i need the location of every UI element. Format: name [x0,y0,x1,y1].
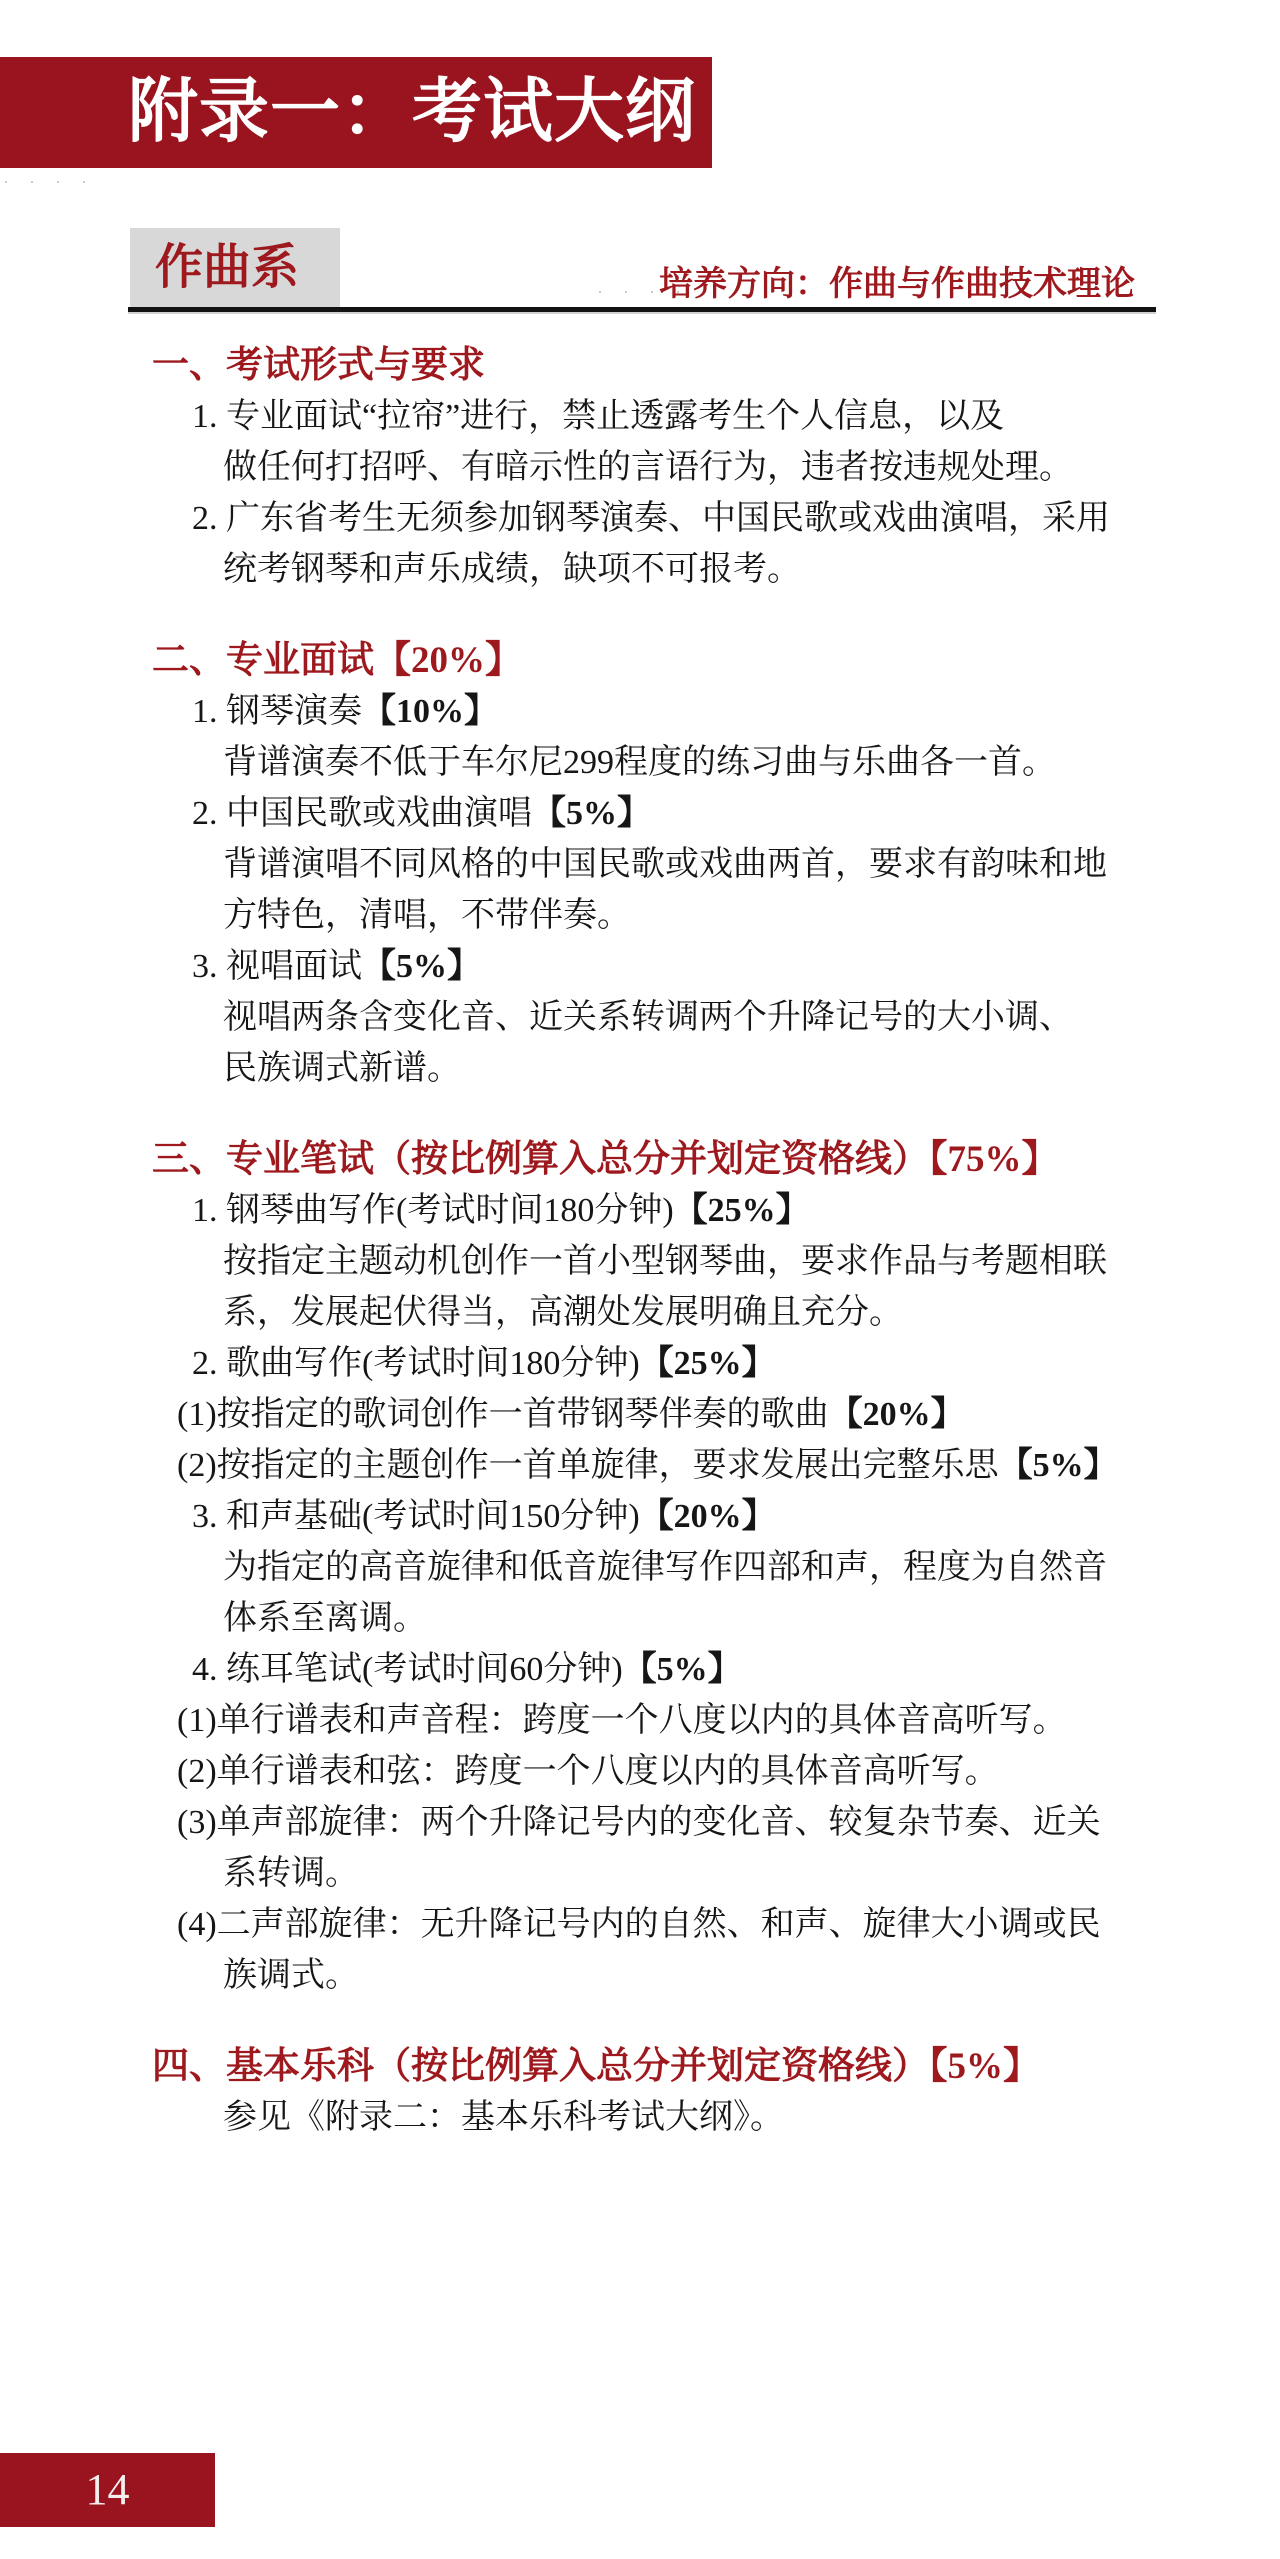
section-heading: 四、基本乐科（按比例算入总分并划定资格线）【5%】 [0,2041,1280,2092]
text-line: 2. 广东省考生无须参加钢琴演奏、中国民歌或戏曲演唱，采用 [0,493,1280,544]
department-name: 作曲系 [155,228,299,308]
text-line: (4)二声部旋律：无升降记号内的自然、和声、旋律大小调或民 [0,1899,1280,1950]
document-body: 一、考试形式与要求1. 专业面试“拉帘”进行，禁止透露考生个人信息，以及做任何打… [0,340,1280,2143]
text-line: (1)单行谱表和声音程：跨度一个八度以内的具体音高听写。 [0,1695,1280,1746]
section-heading: 三、专业笔试（按比例算入总分并划定资格线）【75%】 [0,1134,1280,1185]
text-line: 民族调式新谱。 [0,1043,1280,1094]
section-heading: 一、考试形式与要求 [0,340,1280,391]
text-line: 1. 专业面试“拉帘”进行，禁止透露考生个人信息，以及 [0,391,1280,442]
text-line: 2. 中国民歌或戏曲演唱【5%】 [0,788,1280,839]
text-line: 为指定的高音旋律和低音旋律写作四部和声，程度为自然音 [0,1542,1280,1593]
training-direction-label: 培养方向：作曲与作曲技术理论 [659,256,1135,305]
text-line: (2)单行谱表和弦：跨度一个八度以内的具体音高听写。 [0,1746,1280,1797]
department-box: 作曲系 [130,228,340,308]
text-line: 族调式。 [0,1950,1280,2001]
text-line: 4. 练耳笔试(考试时间60分钟)【5%】 [0,1644,1280,1695]
text-line: 视唱两条含变化音、近关系转调两个升降记号的大小调、 [0,992,1280,1043]
document-page: 附录一：考试大纲 . . . . 作曲系 . . . . 培养方向：作曲与作曲技… [0,0,1280,2559]
appendix-header-banner: 附录一：考试大纲 [0,57,712,168]
text-line: 系，发展起伏得当，高潮处发展明确且充分。 [0,1287,1280,1338]
page-number-box: 14 [0,2453,215,2527]
text-line: (1)按指定的歌词创作一首带钢琴伴奏的歌曲【20%】 [0,1389,1280,1440]
text-line: 方特色，清唱，不带伴奏。 [0,890,1280,941]
text-line: (2)按指定的主题创作一首单旋律，要求发展出完整乐思【5%】 [0,1440,1280,1491]
horizontal-rule [128,307,1156,312]
text-line: 1. 钢琴演奏【10%】 [0,686,1280,737]
text-line: 2. 歌曲写作(考试时间180分钟)【25%】 [0,1338,1280,1389]
text-line: 3. 和声基础(考试时间150分钟)【20%】 [0,1491,1280,1542]
text-line: (3)单声部旋律：两个升降记号内的变化音、较复杂节奏、近关 [0,1797,1280,1848]
text-line: 背谱演唱不同风格的中国民歌或戏曲两首，要求有韵味和地 [0,839,1280,890]
text-line: 按指定主题动机创作一首小型钢琴曲，要求作品与考题相联 [0,1236,1280,1287]
page-number: 14 [0,2453,215,2527]
text-line: 系转调。 [0,1848,1280,1899]
text-line: 统考钢琴和声乐成绩，缺项不可报考。 [0,544,1280,595]
page-title: 附录一：考试大纲 [128,57,696,168]
text-line: 背谱演奏不低于车尔尼299程度的练习曲与乐曲各一首。 [0,737,1280,788]
text-line: 参见《附录二：基本乐科考试大纲》。 [0,2092,1280,2143]
scan-artifact-dots: . . . . [4,170,95,188]
text-line: 1. 钢琴曲写作(考试时间180分钟)【25%】 [0,1185,1280,1236]
text-line: 体系至离调。 [0,1593,1280,1644]
section-heading: 二、专业面试【20%】 [0,635,1280,686]
text-line: 做任何打招呼、有暗示性的言语行为，违者按违规处理。 [0,442,1280,493]
text-line: 3. 视唱面试【5%】 [0,941,1280,992]
